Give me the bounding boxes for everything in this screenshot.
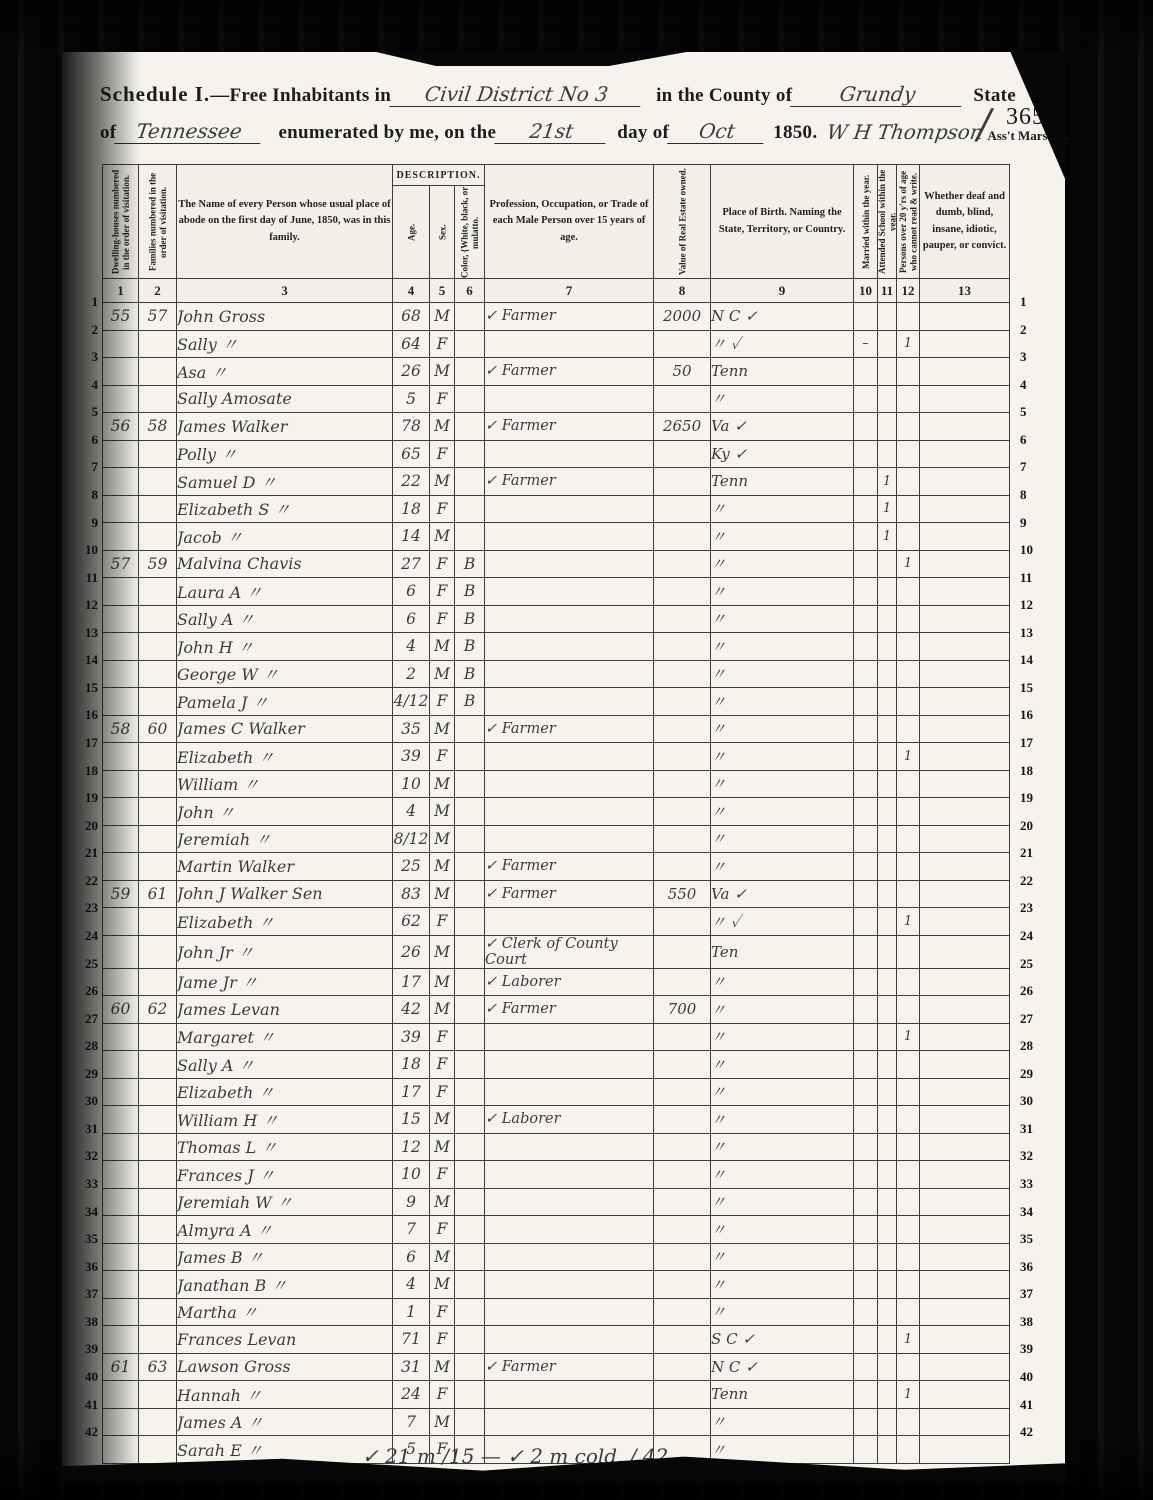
row-number: 40	[74, 1363, 98, 1391]
row-number: 39	[74, 1335, 98, 1363]
cell-school	[878, 633, 897, 661]
cell-color	[455, 715, 485, 743]
handwritten-district: Civil District No 3	[389, 82, 644, 107]
cell-dwelling	[103, 1298, 139, 1326]
cell-real-estate-value	[654, 743, 711, 771]
cell-family	[139, 1023, 177, 1051]
row-number: 11	[1020, 564, 1044, 592]
table-row: 60 62 James Levan 42 M ✓ Farmer 700 〃	[103, 996, 1010, 1024]
cell-illiterate	[897, 798, 920, 826]
cell-dwelling: 57	[103, 550, 139, 578]
cell-name: Margaret 〃	[177, 1023, 393, 1051]
cell-name: John Gross	[177, 303, 393, 331]
table-row: Elizabeth 〃 39 F 〃 1	[103, 743, 1010, 771]
cell-married	[854, 468, 878, 496]
col-num-10: 10	[854, 279, 878, 303]
cell-dwelling	[103, 440, 139, 468]
cell-remarks	[920, 1051, 1010, 1079]
cell-color	[455, 1133, 485, 1161]
table-row: Jeremiah 〃 8/12 M 〃	[103, 825, 1010, 853]
row-number: 9	[1020, 509, 1044, 537]
cell-birthplace: 〃	[711, 968, 854, 996]
cell-married	[854, 385, 878, 413]
cell-age: 4/12	[393, 688, 430, 716]
cell-occupation: ✓ Laborer	[485, 968, 654, 996]
cell-real-estate-value	[654, 935, 711, 968]
cell-family	[139, 440, 177, 468]
table-row: 58 60 James C Walker 35 M ✓ Farmer 〃	[103, 715, 1010, 743]
cell-color: B	[455, 550, 485, 578]
row-number: 4	[74, 371, 98, 399]
cell-illiterate	[897, 1436, 920, 1464]
cell-real-estate-value: 700	[654, 996, 711, 1024]
cell-dwelling	[103, 968, 139, 996]
row-number: 11	[74, 564, 98, 592]
cell-real-estate-value	[654, 715, 711, 743]
cell-name: Jacob 〃	[177, 523, 393, 551]
description-group-header: DESCRIPTION.	[393, 165, 485, 186]
table-row: Elizabeth 〃 62 F 〃 ✓ 1	[103, 908, 1010, 936]
cell-name: Elizabeth 〃	[177, 743, 393, 771]
cell-occupation	[485, 385, 654, 413]
cell-illiterate	[897, 413, 920, 441]
col-num-5: 5	[430, 279, 455, 303]
col-header-illiterate: Persons over 20 y'rs of age who cannot r…	[897, 165, 920, 279]
cell-real-estate-value	[654, 1216, 711, 1244]
cell-school	[878, 880, 897, 908]
row-number: 27	[74, 1005, 98, 1033]
cell-color	[455, 1216, 485, 1244]
table-row: James B 〃 6 M 〃	[103, 1243, 1010, 1271]
cell-married	[854, 1436, 878, 1464]
cell-real-estate-value	[654, 1188, 711, 1216]
cell-color	[455, 996, 485, 1024]
cell-married	[854, 1326, 878, 1354]
row-number: 38	[74, 1308, 98, 1336]
cell-birthplace: 〃	[711, 1106, 854, 1134]
cell-real-estate-value	[654, 1161, 711, 1189]
cell-occupation	[485, 660, 654, 688]
row-number: 9	[74, 509, 98, 537]
cell-school	[878, 1133, 897, 1161]
column-number-row: 1 2 3 4 5 6 7 8 9 10 11 12 13	[103, 279, 1010, 303]
table-row: Martin Walker 25 M ✓ Farmer 〃	[103, 853, 1010, 881]
cell-age: 24	[393, 1381, 430, 1409]
row-number: 1	[74, 288, 98, 316]
cell-remarks	[920, 1353, 1010, 1381]
cell-sex: F	[430, 550, 455, 578]
cell-remarks	[920, 413, 1010, 441]
cell-family	[139, 633, 177, 661]
cell-birthplace: 〃	[711, 660, 854, 688]
cell-name: Sally A 〃	[177, 1051, 393, 1079]
cell-real-estate-value	[654, 770, 711, 798]
cell-real-estate-value	[654, 1298, 711, 1326]
cell-school	[878, 798, 897, 826]
cell-illiterate	[897, 1188, 920, 1216]
cell-name: Almyra A 〃	[177, 1216, 393, 1244]
row-number: 2	[1020, 316, 1044, 344]
cell-school: 1	[878, 468, 897, 496]
cell-illiterate	[897, 825, 920, 853]
cell-family	[139, 1326, 177, 1354]
cell-remarks	[920, 385, 1010, 413]
cell-name: William H 〃	[177, 1106, 393, 1134]
col-header-value: Value of Real Estate owned.	[654, 165, 711, 279]
cell-name: Asa 〃	[177, 358, 393, 386]
cell-dwelling	[103, 1436, 139, 1464]
cell-birthplace: 〃	[711, 1408, 854, 1436]
cell-remarks	[920, 1408, 1010, 1436]
cell-dwelling	[103, 578, 139, 606]
cell-sex: M	[430, 660, 455, 688]
cell-age: 12	[393, 1133, 430, 1161]
cell-family: 59	[139, 550, 177, 578]
cell-real-estate-value	[654, 660, 711, 688]
cell-school	[878, 1023, 897, 1051]
cell-occupation: ✓ Farmer	[485, 468, 654, 496]
table-row: Jacob 〃 14 M 〃 1	[103, 523, 1010, 551]
cell-birthplace: N C ✓	[711, 303, 854, 331]
cell-sex: F	[430, 688, 455, 716]
cell-illiterate	[897, 853, 920, 881]
row-number: 30	[1020, 1087, 1044, 1115]
cell-dwelling	[103, 385, 139, 413]
cell-school	[878, 358, 897, 386]
cell-married	[854, 413, 878, 441]
cell-illiterate: 1	[897, 1326, 920, 1354]
cell-occupation	[485, 743, 654, 771]
cell-sex: M	[430, 1243, 455, 1271]
cell-real-estate-value	[654, 908, 711, 936]
cell-color: B	[455, 688, 485, 716]
cell-illiterate	[897, 303, 920, 331]
cell-birthplace: 〃	[711, 605, 854, 633]
cell-married	[854, 688, 878, 716]
cell-occupation	[485, 330, 654, 358]
cell-illiterate	[897, 1106, 920, 1134]
cell-birthplace: 〃	[711, 715, 854, 743]
row-number: 23	[1020, 894, 1044, 922]
cell-sex: F	[430, 385, 455, 413]
cell-remarks	[920, 523, 1010, 551]
cell-birthplace: 〃	[711, 853, 854, 881]
row-number: 38	[1020, 1308, 1044, 1336]
cell-dwelling: 58	[103, 715, 139, 743]
handwritten-state: Tennessee	[115, 119, 265, 144]
cell-real-estate-value	[654, 440, 711, 468]
row-number: 37	[1020, 1280, 1044, 1308]
cell-school	[878, 968, 897, 996]
cell-remarks	[920, 633, 1010, 661]
cell-dwelling	[103, 1408, 139, 1436]
cell-real-estate-value	[654, 1133, 711, 1161]
cell-occupation	[485, 1216, 654, 1244]
cell-age: 4	[393, 1271, 430, 1299]
cell-dwelling: 56	[103, 413, 139, 441]
cell-occupation	[485, 1243, 654, 1271]
cell-birthplace: Va ✓	[711, 880, 854, 908]
row-number: 36	[74, 1253, 98, 1281]
cell-family: 57	[139, 303, 177, 331]
cell-birthplace: 〃	[711, 550, 854, 578]
cell-birthplace: 〃	[711, 633, 854, 661]
cell-name: John Jr 〃	[177, 935, 393, 968]
cell-real-estate-value	[654, 1051, 711, 1079]
cell-family	[139, 385, 177, 413]
cell-remarks	[920, 1271, 1010, 1299]
cell-school	[878, 1161, 897, 1189]
cell-age: 6	[393, 578, 430, 606]
cell-dwelling: 60	[103, 996, 139, 1024]
cell-family: 58	[139, 413, 177, 441]
row-number: 39	[1020, 1335, 1044, 1363]
cell-school	[878, 1051, 897, 1079]
table-row: John H 〃 4 M B 〃	[103, 633, 1010, 661]
cell-dwelling	[103, 523, 139, 551]
cell-real-estate-value	[654, 385, 711, 413]
cell-color	[455, 385, 485, 413]
cell-married	[854, 578, 878, 606]
cell-color	[455, 1161, 485, 1189]
col-header-school: Attended School within the year.	[878, 165, 897, 279]
cell-remarks	[920, 1298, 1010, 1326]
cell-school	[878, 440, 897, 468]
row-number: 15	[1020, 674, 1044, 702]
cell-school: 1	[878, 523, 897, 551]
cell-sex: F	[430, 605, 455, 633]
cell-name: Lawson Gross	[177, 1353, 393, 1381]
cell-birthplace: N C ✓	[711, 1353, 854, 1381]
row-number: 34	[1020, 1198, 1044, 1226]
cell-family	[139, 798, 177, 826]
row-number: 24	[74, 922, 98, 950]
cell-married	[854, 880, 878, 908]
cell-married	[854, 303, 878, 331]
cell-dwelling	[103, 1106, 139, 1134]
cell-occupation	[485, 1298, 654, 1326]
row-number: 34	[74, 1198, 98, 1226]
cell-name: Jeremiah W 〃	[177, 1188, 393, 1216]
row-number: 32	[74, 1142, 98, 1170]
cell-married	[854, 1023, 878, 1051]
row-number: 23	[74, 894, 98, 922]
cell-illiterate	[897, 935, 920, 968]
header-line-2: of Tennessee enumerated by me, on the 21…	[100, 119, 1020, 144]
cell-illiterate	[897, 1051, 920, 1079]
cell-sex: M	[430, 798, 455, 826]
page-header: Schedule I. —Free Inhabitants in Civil D…	[100, 82, 1020, 144]
table-row: 56 58 James Walker 78 M ✓ Farmer 2650 Va…	[103, 413, 1010, 441]
cell-age: 26	[393, 935, 430, 968]
title-state: State	[973, 85, 1016, 107]
cell-sex: M	[430, 303, 455, 331]
cell-sex: M	[430, 1106, 455, 1134]
cell-birthplace: Tenn	[711, 1381, 854, 1409]
cell-married	[854, 1381, 878, 1409]
row-number: 42	[1020, 1418, 1044, 1446]
cell-age: 5	[393, 385, 430, 413]
table-row: Sally A 〃 6 F B 〃	[103, 605, 1010, 633]
cell-school	[878, 578, 897, 606]
cell-school	[878, 715, 897, 743]
cell-dwelling	[103, 1188, 139, 1216]
cell-name: James C Walker	[177, 715, 393, 743]
cell-illiterate: 1	[897, 1381, 920, 1409]
cell-color	[455, 468, 485, 496]
row-number: 20	[1020, 812, 1044, 840]
row-number: 16	[1020, 701, 1044, 729]
table-row: Laura A 〃 6 F B 〃	[103, 578, 1010, 606]
cell-married	[854, 1188, 878, 1216]
cell-name: Frances J 〃	[177, 1161, 393, 1189]
cell-color: B	[455, 633, 485, 661]
cell-remarks	[920, 908, 1010, 936]
cell-sex: M	[430, 715, 455, 743]
table-row: Sally A 〃 18 F 〃	[103, 1051, 1010, 1079]
cell-color: B	[455, 660, 485, 688]
cell-school	[878, 303, 897, 331]
cell-real-estate-value	[654, 853, 711, 881]
cell-color	[455, 968, 485, 996]
cell-color	[455, 908, 485, 936]
title-enumerated: enumerated by me, on the	[278, 122, 496, 144]
cell-sex: F	[430, 1051, 455, 1079]
cell-illiterate	[897, 1161, 920, 1189]
cell-remarks	[920, 1188, 1010, 1216]
cell-birthplace: 〃	[711, 385, 854, 413]
cell-birthplace: Va ✓	[711, 413, 854, 441]
cell-illiterate	[897, 605, 920, 633]
table-row: 59 61 John J Walker Sen 83 M ✓ Farmer 55…	[103, 880, 1010, 908]
cell-remarks	[920, 1161, 1010, 1189]
cell-birthplace: 〃	[711, 1271, 854, 1299]
cell-remarks	[920, 1326, 1010, 1354]
cell-dwelling	[103, 1078, 139, 1106]
col-num-3: 3	[177, 279, 393, 303]
cell-color	[455, 1408, 485, 1436]
cell-illiterate	[897, 440, 920, 468]
header-line-1: Schedule I. —Free Inhabitants in Civil D…	[100, 82, 1020, 107]
cell-occupation: ✓ Farmer	[485, 1353, 654, 1381]
title-county-of: in the County of	[656, 85, 792, 107]
cell-sex: M	[430, 1408, 455, 1436]
cell-married	[854, 853, 878, 881]
cell-color	[455, 303, 485, 331]
row-number: 37	[74, 1280, 98, 1308]
census-page: 9 / 365 Schedule I. —Free Inhabitants in…	[62, 52, 1065, 1482]
cell-family	[139, 1161, 177, 1189]
cell-school	[878, 908, 897, 936]
cell-family: 62	[139, 996, 177, 1024]
cell-age: 17	[393, 1078, 430, 1106]
cell-occupation	[485, 908, 654, 936]
cell-remarks	[920, 825, 1010, 853]
cell-real-estate-value	[654, 968, 711, 996]
cell-occupation: ✓ Farmer	[485, 303, 654, 331]
col-header-name: The Name of every Person whose usual pla…	[177, 165, 393, 279]
cell-dwelling	[103, 908, 139, 936]
table-row: Jame Jr 〃 17 M ✓ Laborer 〃	[103, 968, 1010, 996]
cell-married	[854, 1078, 878, 1106]
cell-illiterate: 1	[897, 743, 920, 771]
cell-dwelling	[103, 1271, 139, 1299]
cell-married	[854, 550, 878, 578]
cell-name: Hannah 〃	[177, 1381, 393, 1409]
row-number: 18	[74, 757, 98, 785]
cell-dwelling	[103, 825, 139, 853]
cell-age: 78	[393, 413, 430, 441]
table-row: Polly 〃 65 F Ky ✓	[103, 440, 1010, 468]
cell-birthplace: S C ✓	[711, 1326, 854, 1354]
cell-color	[455, 440, 485, 468]
cell-family	[139, 1298, 177, 1326]
cell-illiterate	[897, 1353, 920, 1381]
row-number: 25	[74, 950, 98, 978]
cell-name: James Walker	[177, 413, 393, 441]
cell-birthplace: 〃	[711, 1298, 854, 1326]
cell-name: Sally A 〃	[177, 605, 393, 633]
cell-school	[878, 1216, 897, 1244]
cell-color: B	[455, 578, 485, 606]
cell-sex: F	[430, 908, 455, 936]
cell-sex: F	[430, 1298, 455, 1326]
cell-real-estate-value: 2650	[654, 413, 711, 441]
cell-occupation	[485, 1161, 654, 1189]
cell-school	[878, 413, 897, 441]
cell-name: Samuel D 〃	[177, 468, 393, 496]
cell-family: 60	[139, 715, 177, 743]
cell-name: Elizabeth 〃	[177, 1078, 393, 1106]
cell-birthplace: 〃	[711, 1243, 854, 1271]
cell-married	[854, 605, 878, 633]
cell-occupation	[485, 825, 654, 853]
cell-color	[455, 770, 485, 798]
table-row: William 〃 10 M 〃	[103, 770, 1010, 798]
col-num-7: 7	[485, 279, 654, 303]
row-number: 2	[74, 316, 98, 344]
table-row: Pamela J 〃 4/12 F B 〃	[103, 688, 1010, 716]
cell-married	[854, 1408, 878, 1436]
cell-married	[854, 660, 878, 688]
cell-remarks	[920, 853, 1010, 881]
cell-age: 27	[393, 550, 430, 578]
cell-sex: F	[430, 1216, 455, 1244]
row-number: 21	[1020, 839, 1044, 867]
cell-school	[878, 853, 897, 881]
cell-age: 39	[393, 1023, 430, 1051]
cell-remarks	[920, 743, 1010, 771]
cell-remarks	[920, 798, 1010, 826]
cell-sex: M	[430, 358, 455, 386]
cell-birthplace: 〃	[711, 996, 854, 1024]
cell-family	[139, 908, 177, 936]
cell-remarks	[920, 715, 1010, 743]
table-row: John 〃 4 M 〃	[103, 798, 1010, 826]
cell-age: 4	[393, 633, 430, 661]
cell-sex: M	[430, 770, 455, 798]
cell-name: Sally 〃	[177, 330, 393, 358]
row-number: 15	[74, 674, 98, 702]
row-number: 41	[1020, 1391, 1044, 1419]
cell-dwelling: 55	[103, 303, 139, 331]
cell-remarks	[920, 880, 1010, 908]
cell-occupation	[485, 633, 654, 661]
row-number: 36	[1020, 1253, 1044, 1281]
cell-remarks	[920, 303, 1010, 331]
cell-school	[878, 660, 897, 688]
col-num-8: 8	[654, 279, 711, 303]
